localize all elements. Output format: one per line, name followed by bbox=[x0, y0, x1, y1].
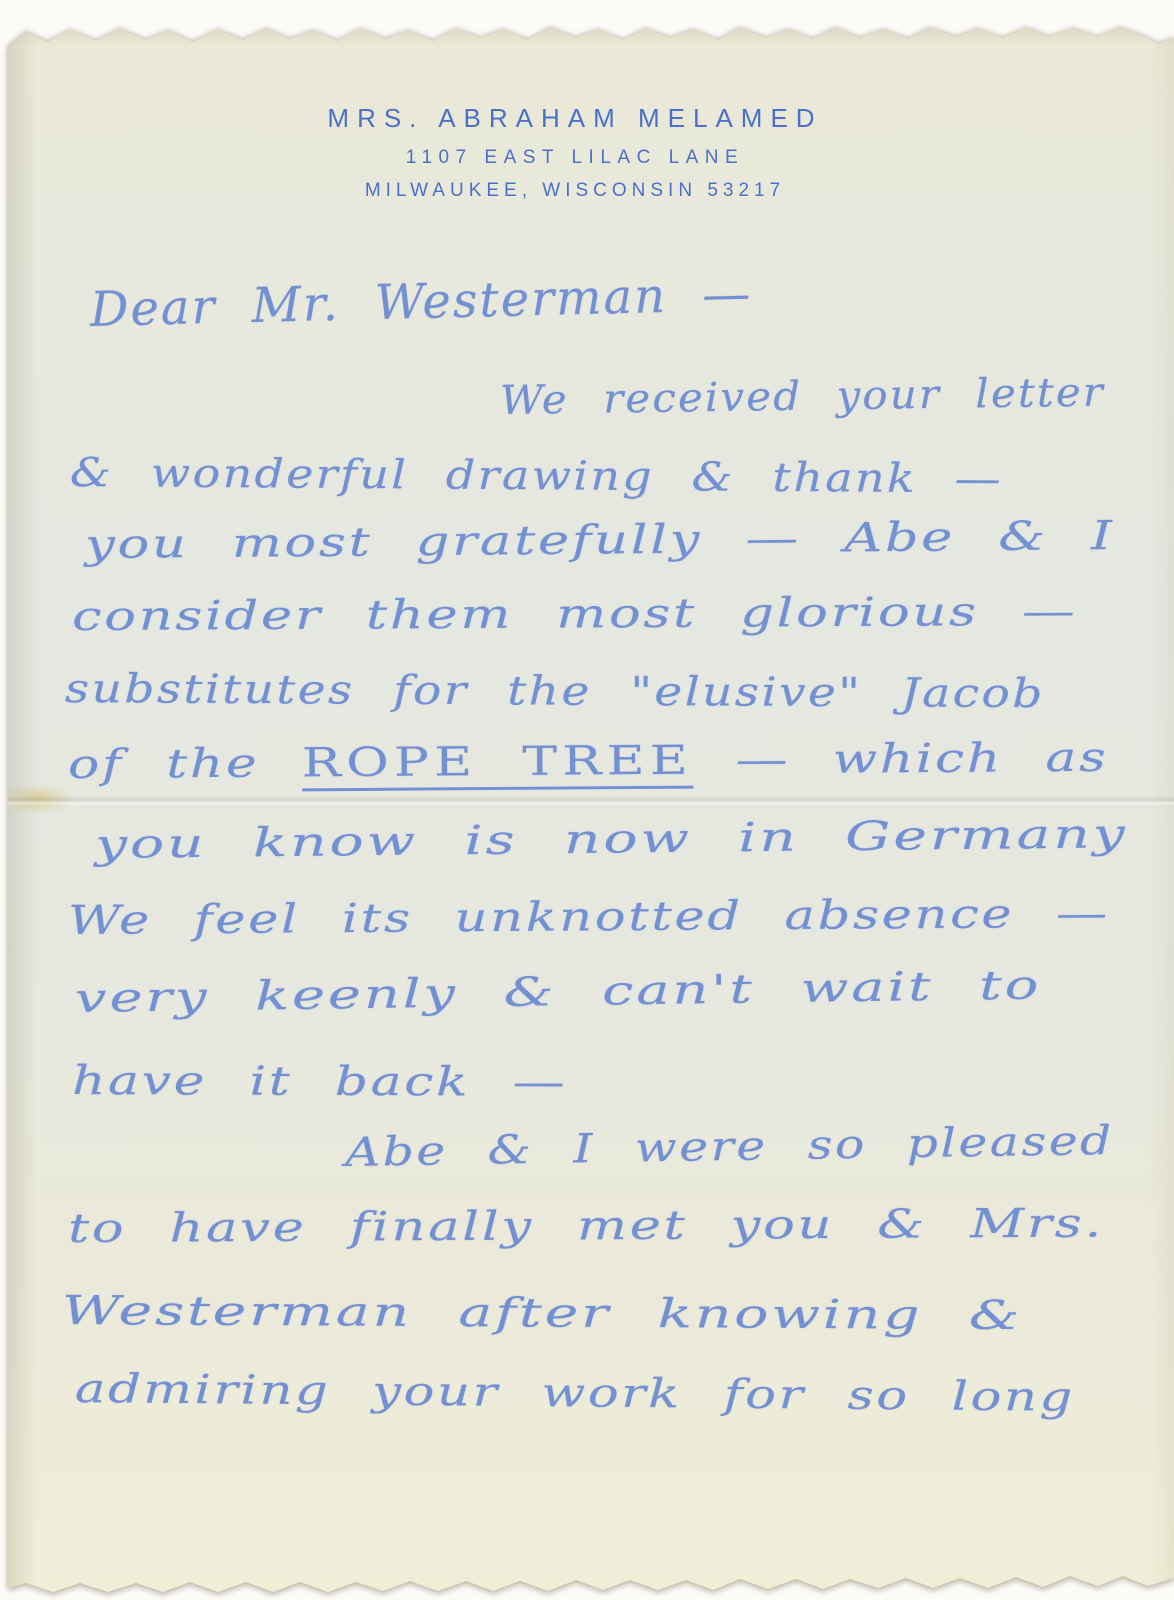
letter-paper: MRS. ABRAHAM MELAMED 1107 EAST LILAC LAN… bbox=[8, 26, 1174, 1592]
handwritten-line: We received your letter bbox=[500, 370, 1106, 424]
handwritten-line-rope-tree: of the Rope Tree — which as bbox=[68, 735, 1109, 788]
handwritten-line: admiring your work for so long bbox=[75, 1366, 1075, 1421]
letterhead-address: 1107 EAST LILAC LANE bbox=[8, 147, 1142, 169]
handwritten-line: Westerman after knowing & bbox=[62, 1288, 1022, 1339]
salutation-line: Dear Mr. Westerman — bbox=[89, 266, 753, 338]
handwritten-line: consider them most glorious — bbox=[72, 589, 1078, 640]
letter-scan: MRS. ABRAHAM MELAMED 1107 EAST LILAC LAN… bbox=[8, 26, 1174, 1592]
handwritten-line: you know is now in Germany — bbox=[95, 810, 1174, 868]
handwritten-line: to have finally met you & Mrs. bbox=[68, 1201, 1104, 1252]
handwritten-line: have it back — bbox=[72, 1058, 567, 1106]
rope-tree-prefix: of the bbox=[68, 740, 302, 788]
letterhead-name: MRS. ABRAHAM MELAMED bbox=[8, 103, 1142, 134]
handwritten-line: substitutes for the "elusive" Jacob bbox=[65, 666, 1045, 717]
handwritten-line: you most gratefully — Abe & I bbox=[85, 513, 1115, 568]
fold-crease bbox=[8, 796, 1174, 806]
handwritten-line: very keenly & can't wait to bbox=[75, 963, 1042, 1022]
rope-tree-suffix: — which as bbox=[693, 735, 1109, 784]
handwritten-line: & wonderful drawing & thank — bbox=[70, 450, 1003, 503]
letterhead-city: MILWAUKEE, WISCONSIN 53217 bbox=[8, 180, 1142, 202]
handwritten-line: Abe & I were so pleased bbox=[345, 1118, 1114, 1176]
handwritten-line: We feel its unknotted absence — bbox=[68, 891, 1110, 944]
rope-tree-underlined: Rope Tree bbox=[302, 738, 694, 792]
